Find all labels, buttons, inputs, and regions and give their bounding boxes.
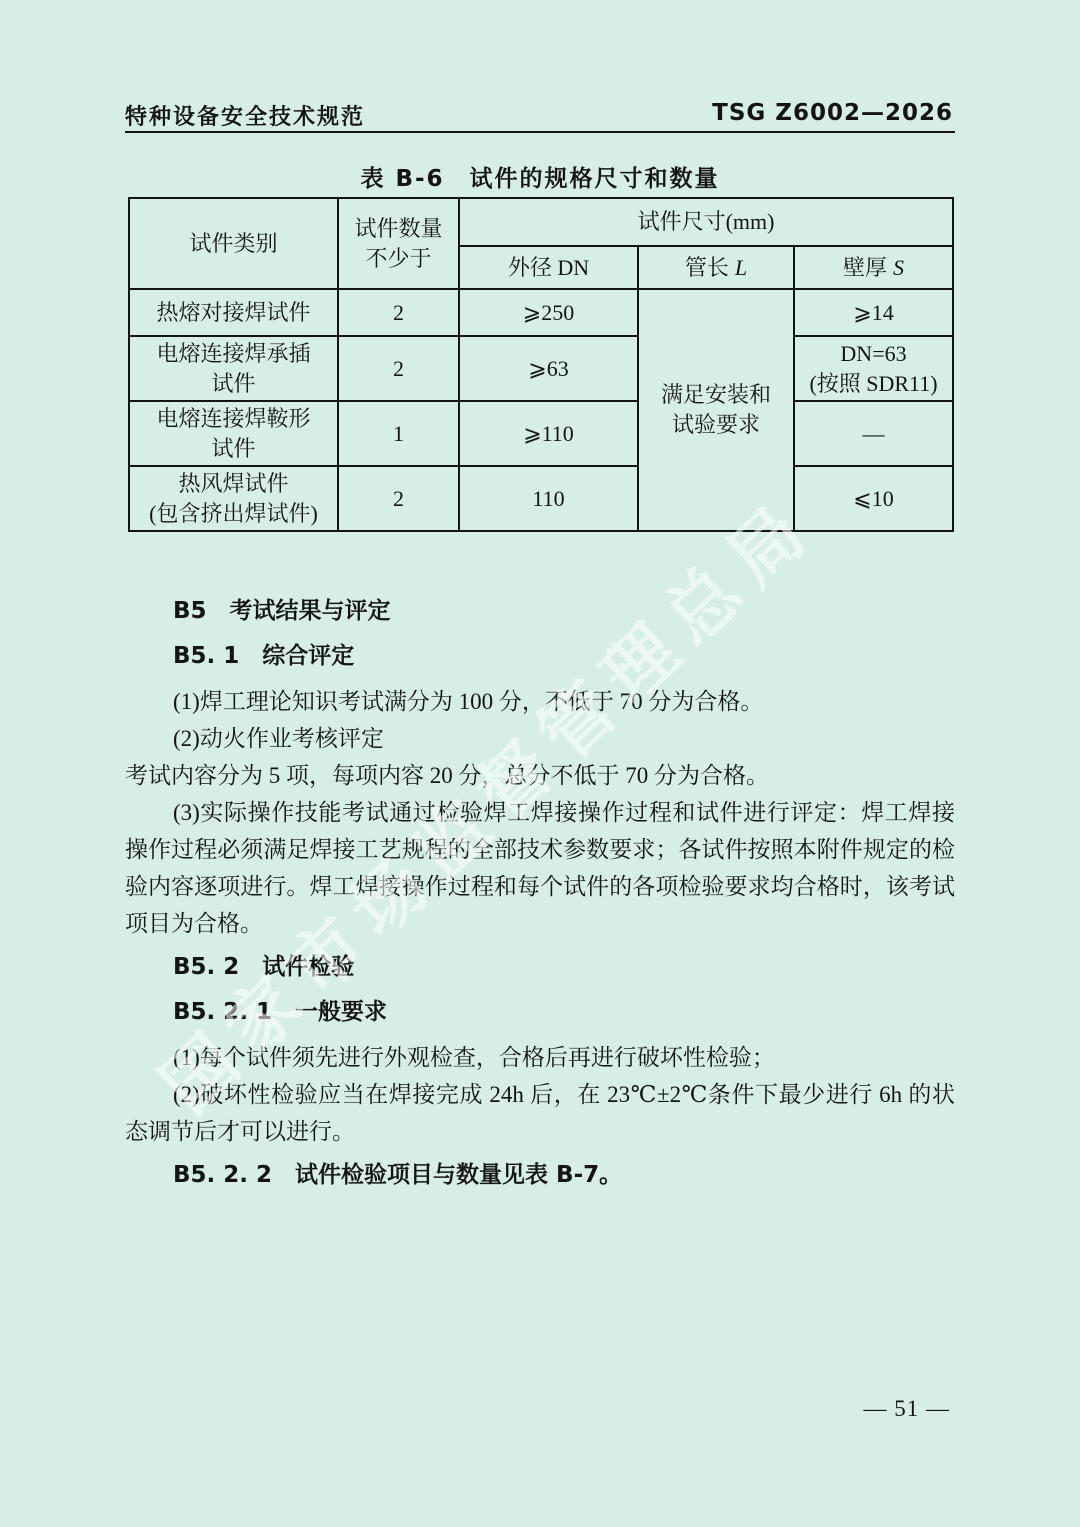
th-pipe-length-label: 管长 (685, 255, 729, 280)
paragraph-theory-exam: (1)焊工理论知识考试满分为 100 分，不低于 70 分为合格。 (125, 683, 955, 720)
cell-s-3: — (794, 401, 953, 466)
th-pipe-length-symbol: L (735, 255, 747, 280)
paragraph-hotwork-scoring: 考试内容分为 5 项，每项内容 20 分，总分不低于 70 分为合格。 (125, 757, 955, 794)
header-spec-title: 特种设备安全技术规范 (125, 100, 365, 131)
body-content: B5 考试结果与评定 B5. 1 综合评定 (1)焊工理论知识考试满分为 100… (125, 575, 955, 1202)
table-row: 热风焊试件 (包含挤出焊试件) 2 110 ⩽10 (129, 466, 953, 531)
table-b6: 试件类别 试件数量 不少于 试件尺寸(mm) 外径 DN 管长L 壁厚S 热熔对… (128, 197, 954, 532)
cell-dn-2: ⩾63 (459, 336, 638, 401)
page-number: — 51 — (864, 1396, 951, 1422)
paragraph-visual-inspection: (1)每个试件须先进行外观检查，合格后再进行破坏性检验； (125, 1039, 955, 1076)
paragraph-destructive-test: (2)破坏性检验应当在焊接完成 24h 后，在 23℃±2℃条件下最少进行 6h… (125, 1076, 955, 1150)
cell-dn-3: ⩾110 (459, 401, 638, 466)
section-heading-b5-2: B5. 2 试件检验 (125, 949, 955, 986)
cell-dn-4: 110 (459, 466, 638, 531)
header-doc-number: TSG Z6002—2026 (712, 100, 953, 126)
cell-qty-2: 2 (338, 336, 459, 401)
section-heading-b5: B5 考试结果与评定 (125, 575, 955, 630)
th-outer-diameter: 外径 DN (459, 246, 638, 289)
th-pipe-length: 管长L (638, 246, 794, 289)
section-heading-b5-2-1: B5. 2. 1 一般要求 (125, 994, 955, 1031)
section-heading-b5-1: B5. 1 综合评定 (125, 638, 955, 675)
cell-s-2: DN=63 (按照 SDR11) (794, 336, 953, 401)
th-wall-thickness: 壁厚S (794, 246, 953, 289)
table-row: 电熔连接焊鞍形 试件 1 ⩾110 — (129, 401, 953, 466)
cell-qty-1: 2 (338, 289, 459, 336)
cell-type-4: 热风焊试件 (包含挤出焊试件) (129, 466, 338, 531)
table-row: 热熔对接焊试件 2 ⩾250 满足安装和 试验要求 ⩾14 (129, 289, 953, 336)
cell-s-4: ⩽10 (794, 466, 953, 531)
document-page: 特种设备安全技术规范 TSG Z6002—2026 表 B-6 试件的规格尺寸和… (0, 0, 1080, 1527)
th-wall-thickness-label: 壁厚 (843, 255, 887, 280)
cell-s-1: ⩾14 (794, 289, 953, 336)
table-row: 电熔连接焊承插 试件 2 ⩾63 DN=63 (按照 SDR11) (129, 336, 953, 401)
cell-qty-4: 2 (338, 466, 459, 531)
cell-qty-3: 1 (338, 401, 459, 466)
section-heading-b5-2-2: B5. 2. 2 试件检验项目与数量见表 B-7。 (125, 1157, 955, 1194)
cell-type-1: 热熔对接焊试件 (129, 289, 338, 336)
cell-type-3: 电熔连接焊鞍形 试件 (129, 401, 338, 466)
table-b6-title: 表 B-6 试件的规格尺寸和数量 (128, 160, 952, 193)
paragraph-practical-exam: (3)实际操作技能考试通过检验焊工焊接操作过程和试件进行评定：焊工焊接操作过程必… (125, 794, 955, 942)
th-specimen-type: 试件类别 (129, 198, 338, 289)
th-size-group: 试件尺寸(mm) (459, 198, 953, 246)
th-quantity: 试件数量 不少于 (338, 198, 459, 289)
paragraph-hotwork-heading: (2)动火作业考核评定 (125, 720, 955, 757)
cell-pipe-length-merged: 满足安装和 试验要求 (638, 289, 794, 531)
header-rule (125, 131, 955, 133)
th-wall-thickness-symbol: S (893, 255, 904, 280)
cell-dn-1: ⩾250 (459, 289, 638, 336)
cell-type-2: 电熔连接焊承插 试件 (129, 336, 338, 401)
